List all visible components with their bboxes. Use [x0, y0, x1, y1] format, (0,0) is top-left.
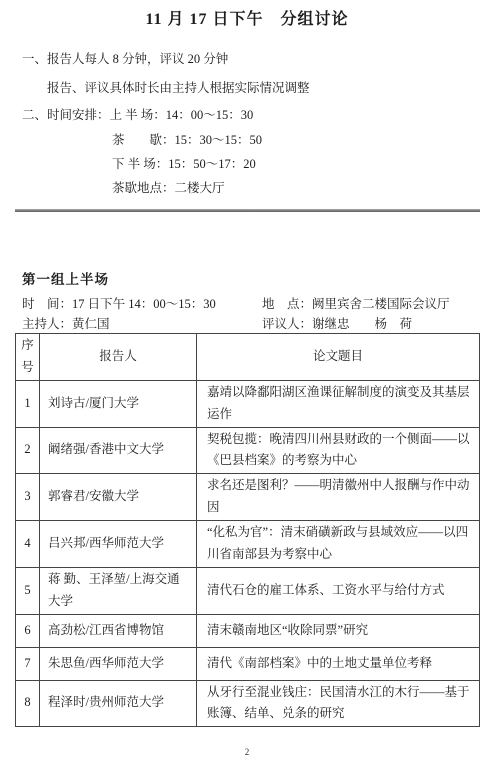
papers-table: 序号 报告人 论文题目 1 刘诗古/厦门大学 嘉靖以降鄱阳湖区渔课征解制度的演变…	[15, 333, 480, 727]
table-row: 8 程泽时/贵州师范大学 从牙行至混业钱庄：民国清水江的木行——基于账簿、结单、…	[16, 680, 480, 727]
row-presenter: 蒋 勤、王泽堃/上海交通大学	[40, 567, 197, 614]
row-no: 7	[16, 647, 40, 680]
horizontal-divider	[15, 209, 480, 212]
table-row: 6 高劲松/江西省博物馆 清末赣南地区“收除同票”研究	[16, 614, 480, 647]
instruction-line-2: 报告、评议具体时长由主持人根据实际情况调整	[47, 78, 310, 96]
row-no: 2	[16, 427, 40, 474]
row-paper-title: 求名还是图利？——明清徽州中人报酬与作中动因	[197, 474, 480, 521]
row-presenter: 刘诗古/厦门大学	[40, 380, 197, 427]
session-time: 时 间：17 日下午 14：00～15：30	[22, 294, 216, 312]
row-no: 5	[16, 567, 40, 614]
table-row: 5 蒋 勤、王泽堃/上海交通大学 清代石仓的雇工体系、工资水平与给付方式	[16, 567, 480, 614]
row-presenter: 高劲松/江西省博物馆	[40, 614, 197, 647]
table-row: 1 刘诗古/厦门大学 嘉靖以降鄱阳湖区渔课征解制度的演变及其基层运作	[16, 380, 480, 427]
row-paper-title: 嘉靖以降鄱阳湖区渔课征解制度的演变及其基层运作	[197, 380, 480, 427]
session-reviewers: 评议人：谢继忠 杨 荷	[262, 314, 412, 332]
row-presenter: 朱思鱼/西华师范大学	[40, 647, 197, 680]
row-no: 4	[16, 521, 40, 568]
session-heading: 第一组上半场	[22, 268, 109, 288]
row-presenter: 郭睿君/安徽大学	[40, 474, 197, 521]
session-place: 地 点：阙里宾舍二楼国际会议厅	[262, 294, 450, 312]
row-no: 6	[16, 614, 40, 647]
header-no: 序号	[16, 334, 40, 381]
row-paper-title: 清代《南部档案》中的土地丈量单位考释	[197, 647, 480, 680]
row-no: 1	[16, 380, 40, 427]
row-paper-title: 清代石仓的雇工体系、工资水平与给付方式	[197, 567, 480, 614]
schedule-tea-location: 茶歇地点：二楼大厅	[112, 178, 225, 196]
page-number: 2	[0, 747, 494, 757]
schedule-tea-break: 茶 歇：15：30～15：50	[112, 130, 262, 148]
row-presenter: 阚绪强/香港中文大学	[40, 427, 197, 474]
row-no: 8	[16, 680, 40, 727]
instruction-line-3: 二、时间安排：上 半 场：14：00～15：30	[22, 105, 253, 123]
row-paper-title: 契税包揽：晚清四川州县财政的一个侧面——以《巴县档案》的考察为中心	[197, 427, 480, 474]
table-row: 4 吕兴邦/西华师范大学 “化私为官”：清末硝磺新政与县域效应——以四川省南部县…	[16, 521, 480, 568]
document-page: 11 月 17 日下午 分组讨论 一、报告人每人 8 分钟，评议 20 分钟 报…	[0, 0, 494, 768]
row-presenter: 吕兴邦/西华师范大学	[40, 521, 197, 568]
row-presenter: 程泽时/贵州师范大学	[40, 680, 197, 727]
row-no: 3	[16, 474, 40, 521]
row-paper-title: 清末赣南地区“收除同票”研究	[197, 614, 480, 647]
schedule-second-half: 下 半 场：15：50～17：20	[112, 154, 256, 172]
table-header-row: 序号 报告人 论文题目	[16, 334, 480, 381]
table-row: 3 郭睿君/安徽大学 求名还是图利？——明清徽州中人报酬与作中动因	[16, 474, 480, 521]
instruction-line-1: 一、报告人每人 8 分钟，评议 20 分钟	[22, 49, 228, 67]
session-host: 主持人：黄仁国	[22, 314, 110, 332]
row-paper-title: 从牙行至混业钱庄：民国清水江的木行——基于账簿、结单、兑条的研究	[197, 680, 480, 727]
table-row: 2 阚绪强/香港中文大学 契税包揽：晚清四川州县财政的一个侧面——以《巴县档案》…	[16, 427, 480, 474]
row-paper-title: “化私为官”：清末硝磺新政与县域效应——以四川省南部县为考察中心	[197, 521, 480, 568]
header-paper-title: 论文题目	[197, 334, 480, 381]
table-row: 7 朱思鱼/西华师范大学 清代《南部档案》中的土地丈量单位考释	[16, 647, 480, 680]
document-title: 11 月 17 日下午 分组讨论	[0, 6, 494, 29]
header-presenter: 报告人	[40, 334, 197, 381]
